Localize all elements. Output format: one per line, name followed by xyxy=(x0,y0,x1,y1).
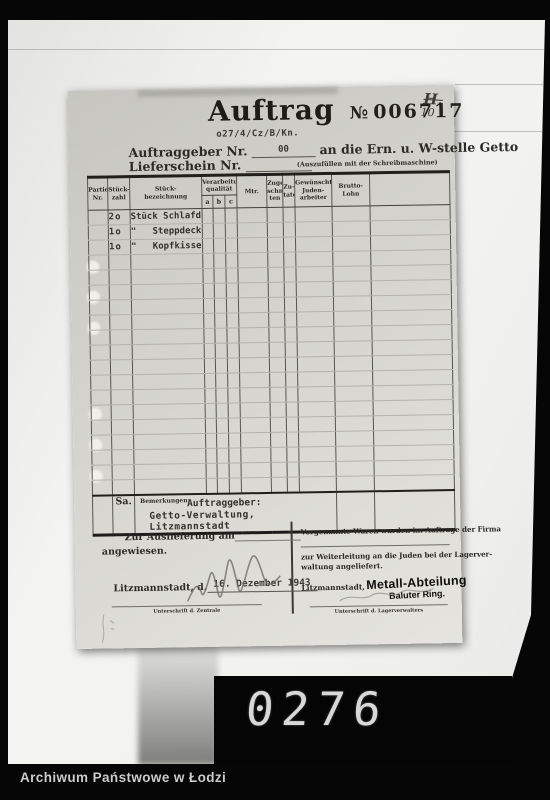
form-number: 006717 xyxy=(373,100,465,123)
archive-watermark: Archiwum Państwowe w Łodzi xyxy=(20,770,226,785)
cell-bezeichnung: Stück Schlafdecken xyxy=(130,208,202,224)
col-blank xyxy=(369,172,450,206)
recipient-label: an die Ern. u. W-stelle Getto xyxy=(319,139,518,157)
cell-bezeichnung: " Kopfkissen xyxy=(130,238,202,254)
number-sign: № xyxy=(350,103,369,123)
cell-stueckzahl: 2o xyxy=(108,210,130,225)
order-table: Partie Nr. Stück- zahl Stück- bezeichnun… xyxy=(87,170,456,536)
col-zutaten: Zu- taten xyxy=(283,174,296,207)
auftrag-form: H. 10 Auftrag № 006717 o27/4/Cz/B/Kn. Au… xyxy=(68,85,463,649)
signature-caption-right: Unterschrift d. Lagerverwalters xyxy=(310,604,448,615)
col-stueckzahl: Stück- zahl xyxy=(107,177,130,210)
col-bezeichnung: Stück- bezeichnung xyxy=(129,175,202,209)
subcol-c: c xyxy=(225,195,237,208)
auftraggeber-field: 00 xyxy=(251,137,315,158)
footer-right: Vorgenannte Waren wurden im Auftrage der… xyxy=(298,523,455,619)
col-bruttolohn: Brutto- Lohn xyxy=(331,173,370,207)
col-partie-nr: Partie Nr. xyxy=(87,177,108,210)
auftraggeber-value: 00 xyxy=(278,145,289,155)
footer-left: Zur Auslieferung am angewiesen. Litzmann… xyxy=(97,528,290,623)
subcol-a: a xyxy=(202,195,213,208)
sum-label: Sa. xyxy=(112,495,135,535)
bemerkungen-line1: Auftraggeber: xyxy=(187,495,336,508)
signature-caption-left: Unterschrift d. Zentrale xyxy=(112,604,262,615)
weiterleitung-line2: waltung angeliefert. xyxy=(301,561,383,571)
firma-field-line xyxy=(301,544,450,547)
auslieferung-line: Zur Auslieferung am xyxy=(125,529,301,543)
cell-stueckzahl: 1o xyxy=(108,225,130,240)
cell-bezeichnung: " Steppdecken xyxy=(130,223,202,239)
pencil-mark xyxy=(96,612,123,646)
frame-counter-digits: 0276 xyxy=(244,682,392,736)
cell-stueckzahl: 1o xyxy=(108,240,130,255)
col-mtr: Mtr. xyxy=(237,174,268,207)
col-verarbeitungsqualitaet: Verarbeitungs- qualität xyxy=(201,175,236,196)
form-title: Auftrag № 006717 xyxy=(208,91,465,128)
lieferschein-line: Lieferschein Nr. xyxy=(129,156,312,174)
frame-counter: 0276 xyxy=(214,676,512,766)
angewiesen-label: angewiesen. xyxy=(102,546,167,558)
title-text: Auftrag xyxy=(208,93,335,128)
signature-lagerverwalter xyxy=(337,583,437,605)
bemerkungen-label: Bemerkungen: xyxy=(140,497,190,505)
col-judenarbeiter: Gewünschte Juden- arbeiter xyxy=(295,173,333,207)
typewriter-note: (Auszufüllen mit der Schreibmaschine) xyxy=(297,158,438,168)
table-header-row: Partie Nr. Stück- zahl Stück- bezeichnun… xyxy=(87,172,449,198)
auslieferung-label: Zur Auslieferung am xyxy=(125,530,235,543)
lieferschein-label: Lieferschein Nr. xyxy=(129,157,242,174)
paper-shadow xyxy=(138,645,218,765)
ruled-line xyxy=(8,49,544,50)
ruled-line xyxy=(452,131,543,132)
signature-zentrale xyxy=(183,550,284,608)
subcol-b: b xyxy=(213,195,225,208)
col-zugeschnitten: Zuge- schnit- ten xyxy=(267,174,284,207)
ruled-line xyxy=(455,84,543,85)
microfilm-photo: H. 10 Auftrag № 006717 o27/4/Cz/B/Kn. Au… xyxy=(0,0,550,800)
